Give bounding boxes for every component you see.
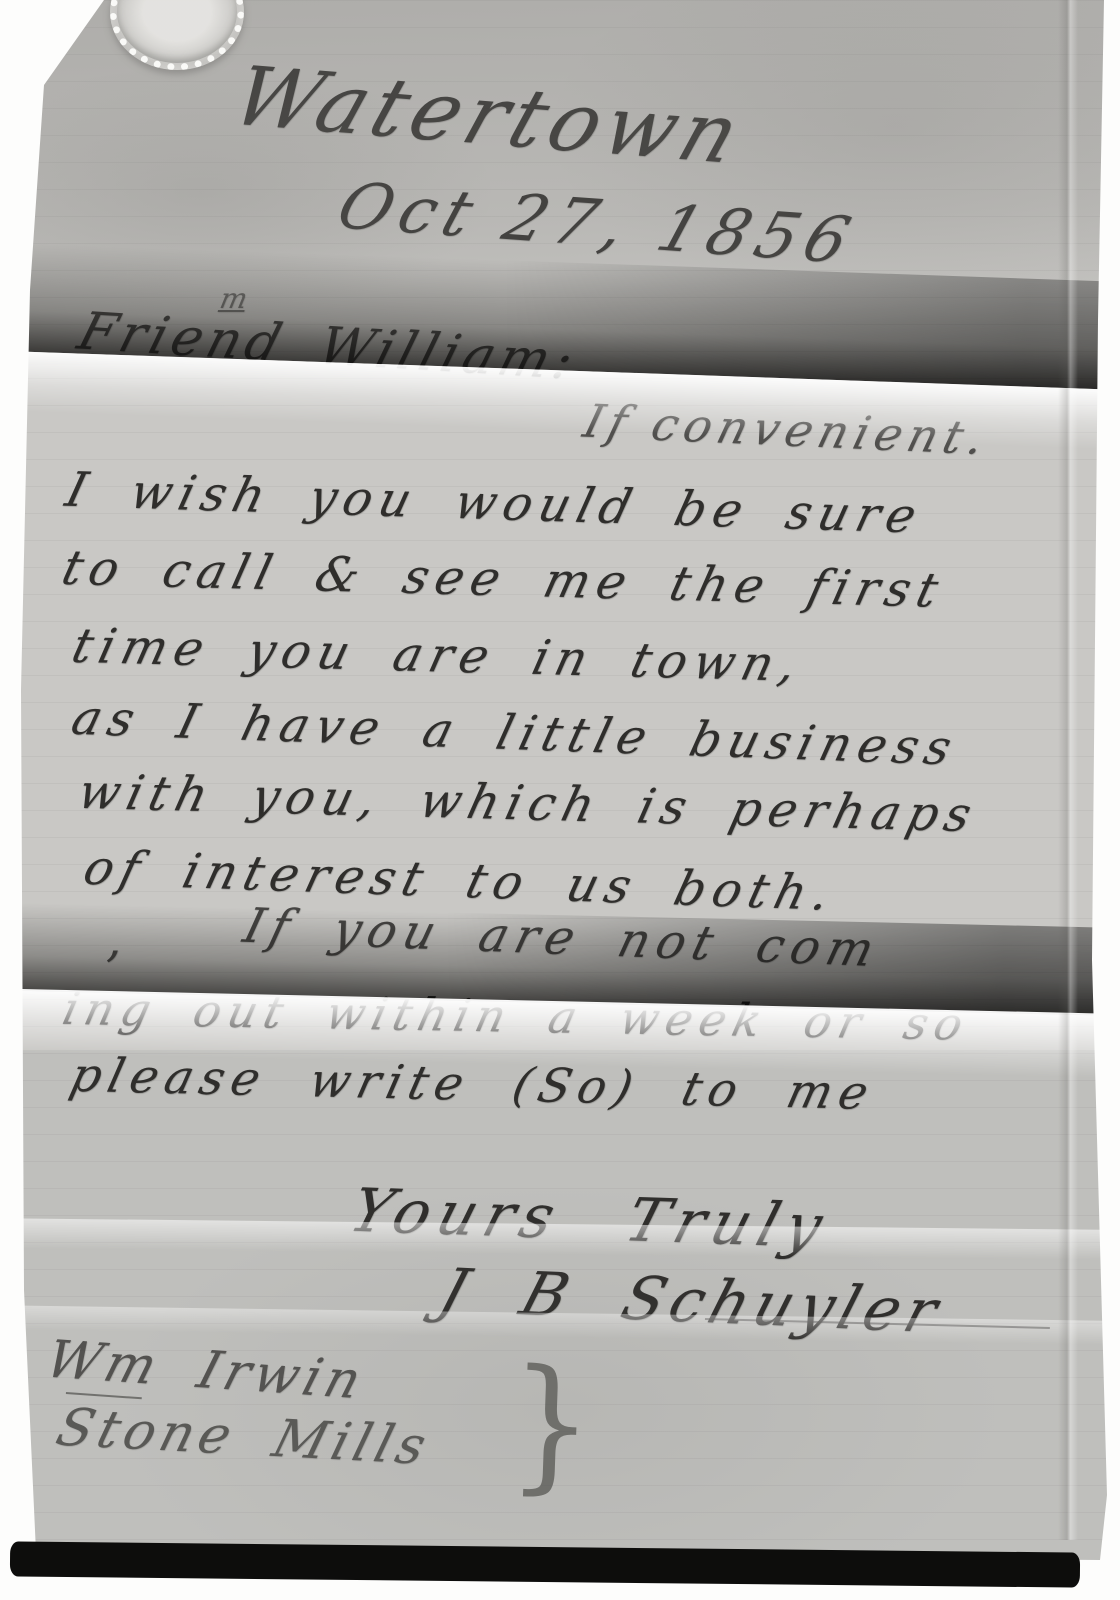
fold-crease-middle-highlight xyxy=(0,988,1120,1078)
salutation: Friend William: xyxy=(72,302,585,391)
embossed-seal xyxy=(110,0,244,70)
body-line-8: ing out within a week or so xyxy=(58,982,975,1051)
letter-paper: Watertown Oct 27, 1856 m Friend William:… xyxy=(0,0,1120,1600)
body-line-9: please write (So) to me xyxy=(65,1048,881,1121)
body-line-5: with you, which is perhaps xyxy=(73,764,984,843)
fold-crease-bottom-highlight xyxy=(0,1305,1120,1345)
top-shading xyxy=(0,0,1120,365)
body-line-2: to call & see me the first xyxy=(57,540,951,619)
recipient-name: Wm Irwin xyxy=(39,1330,372,1411)
stray-comma: , xyxy=(106,912,128,968)
body-line-1: I wish you would be sure xyxy=(60,462,928,544)
bottom-shading xyxy=(0,1050,1120,1560)
signature-flourish xyxy=(705,1318,1050,1329)
letter-place: Watertown xyxy=(221,50,757,183)
signature: J B Schuyler xyxy=(432,1256,952,1347)
body-line-4: as I have a little business xyxy=(66,690,964,776)
body-line-7: If you are not com xyxy=(238,898,887,978)
opening-phrase: If convenient. xyxy=(578,394,996,465)
recipient-brace: } xyxy=(506,1338,596,1510)
valediction: Yours Truly xyxy=(342,1176,838,1262)
salutation-mark: m xyxy=(217,282,251,315)
fold-crease-top-highlight xyxy=(0,350,1120,451)
fold-crease-lower-highlight xyxy=(0,1218,1120,1260)
fold-crease-middle-shadow xyxy=(0,902,1120,1016)
scanned-letter: Watertown Oct 27, 1856 m Friend William:… xyxy=(0,0,1120,1600)
vertical-crease xyxy=(1058,0,1078,1540)
recipient-place: Stone Mills xyxy=(50,1398,437,1477)
wm-underline xyxy=(66,1392,142,1399)
body-line-6: of interest to us both. xyxy=(78,840,842,922)
letter-date: Oct 27, 1856 xyxy=(328,170,866,278)
fold-crease-top-shadow xyxy=(0,242,1120,391)
body-line-3: time you are in town, xyxy=(67,618,809,693)
